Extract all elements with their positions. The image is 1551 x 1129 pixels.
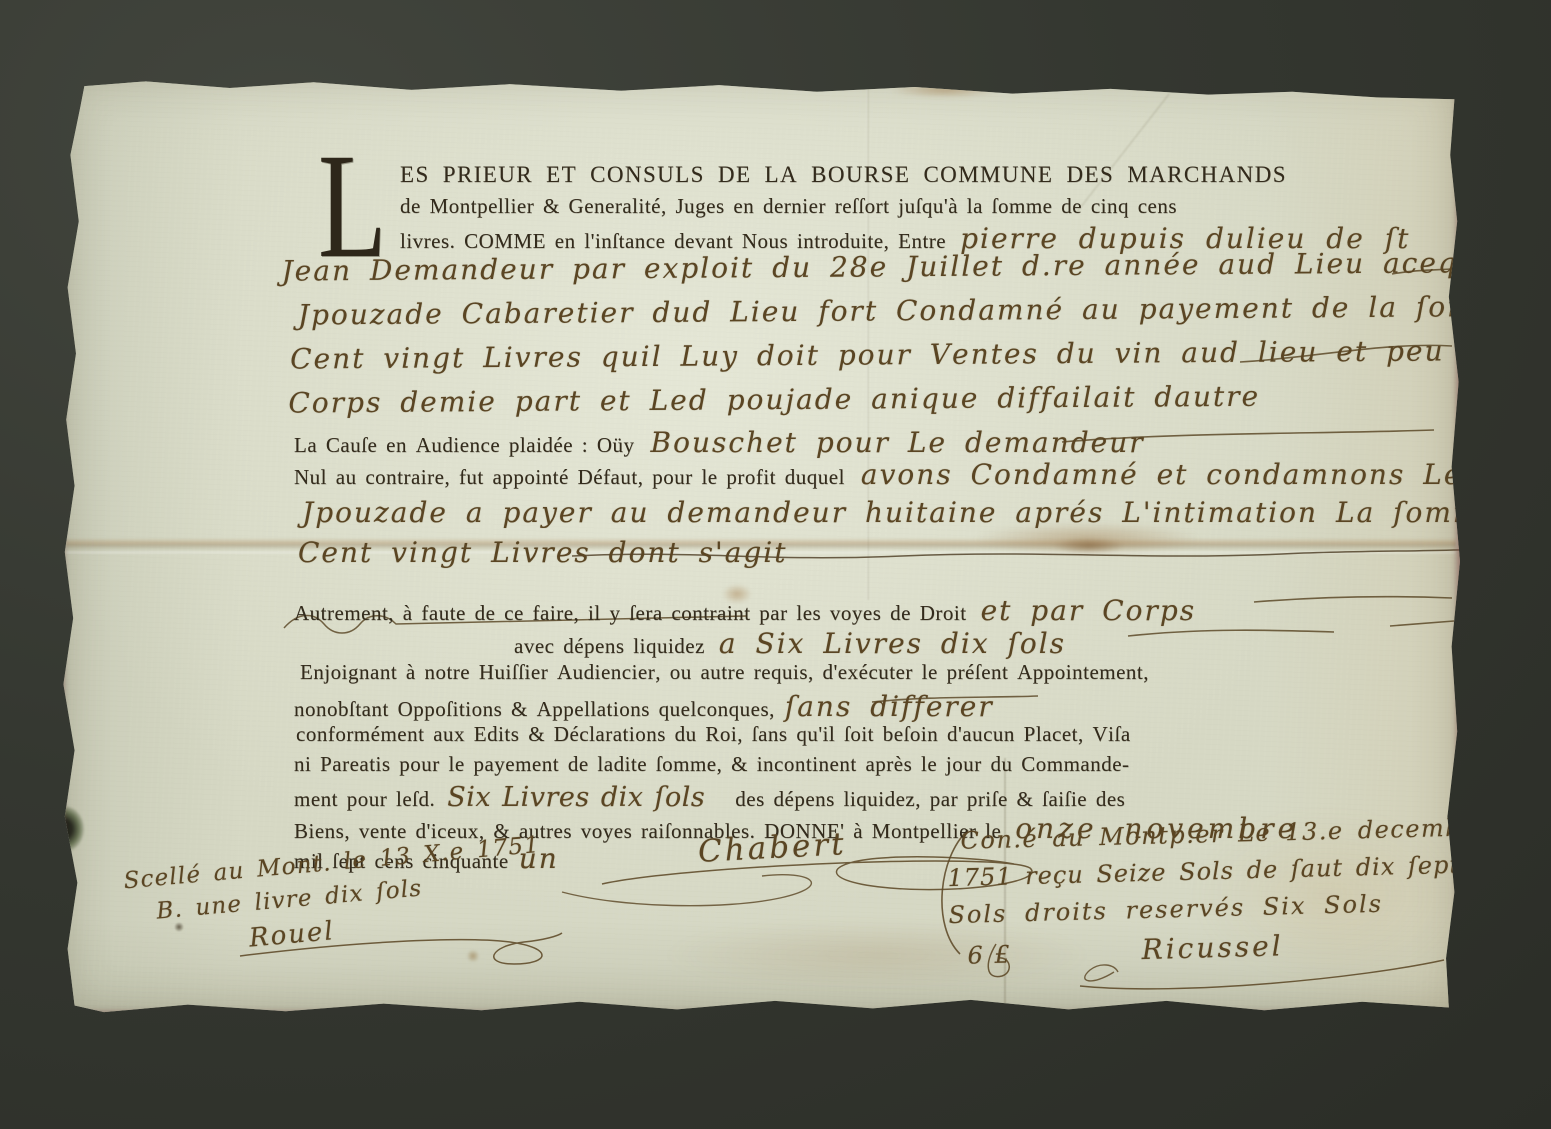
printed-segment: ment pour leſd.	[294, 787, 435, 812]
manuscript-segment-sansdifferer: ſans differer	[785, 690, 994, 723]
manuscript-block-parties: Jean Demandeur par exploit du 28e Juille…	[281, 245, 1551, 430]
control-note-right: Con.é au Montp.er Le 13.e decembre 1751 …	[946, 813, 1494, 971]
stain-top-edge	[890, 82, 1000, 98]
manuscript-segment-parcorps: et par Corps	[981, 594, 1197, 627]
stain-top-right-spot	[1234, 78, 1260, 92]
manuscript-line-5: Jpouzade a payer au demandeur huitaine a…	[302, 496, 1551, 529]
flourish-depens-dash	[1128, 630, 1334, 636]
manuscript-segment-bouschet: Bouschet pour Le demandeur	[651, 426, 1145, 459]
manuscript-segment-sixlivres: a Six Livres dix ſols	[719, 627, 1066, 660]
signature-ricussel: Ricussel	[1141, 929, 1284, 966]
printed-segment: avec dépens liquidez	[514, 634, 705, 659]
printed-segment: La Cauſe en Audience plaidée : Oüy	[294, 433, 635, 458]
stain-crease-core	[1054, 538, 1124, 554]
flourish-chabert-paraph-2	[562, 875, 811, 906]
photo-background: L ES PRIEUR ET CONSULS DE LA BOURSE COMM…	[0, 0, 1551, 1129]
flourish-depens-dash-right	[1390, 621, 1454, 626]
speck-bottom-center	[466, 950, 480, 962]
printed-title-line: ES PRIEUR ET CONSULS DE LA BOURSE COMMUN…	[400, 162, 1287, 188]
manuscript-line-6: Cent vingt Livres dont s'agit	[298, 536, 788, 569]
manuscript-line-4: Corps demie part et Led poujade anique d…	[282, 377, 1551, 430]
printed-segment: des dépens liquidez, par priſe & ſaiſie …	[735, 787, 1125, 812]
printed-segment: Autrement, à faute de ce faire, il y ſer…	[294, 601, 967, 626]
manuscript-segment-condamne: avons Condamné et condamnons Led-	[861, 458, 1494, 491]
printed-line-generalite: de Montpellier & Generalité, Juges en de…	[400, 194, 1177, 219]
drop-cap: L	[318, 154, 387, 259]
document-paper: L ES PRIEUR ET CONSULS DE LA BOURSE COMM…	[62, 70, 1460, 1015]
printed-line-ment: ment pour leſd. Six Livres dix ſols des …	[294, 782, 1125, 813]
manuscript-segment-sixlivres2: Six Livres dix ſols	[447, 782, 705, 813]
printed-segment: nonobſtant Oppoſitions & Appellations qu…	[294, 697, 775, 722]
control-fee: 6 £	[949, 940, 1012, 970]
printed-segment: Biens, vente d'iceux, & autres voyes rai…	[294, 819, 1001, 844]
tear-hole-left-edge	[44, 806, 84, 852]
printed-line-nonobstant: nonobſtant Oppoſitions & Appellations qu…	[294, 690, 994, 723]
printed-line-conformement: conformément aux Edits & Déclarations du…	[296, 722, 1131, 747]
printed-line-depens: avec dépens liquidez a Six Livres dix ſo…	[514, 627, 1066, 660]
printed-line-nul: Nul au contraire, fut appointé Défaut, p…	[294, 458, 1494, 491]
printed-line-pareatis: ni Pareatis pour le payement de ladite ſ…	[294, 752, 1130, 777]
registrar-note-left: Scellé au Mont. le 13 X.e 1751 B. une li…	[123, 832, 548, 964]
printed-line-cause: La Cauſe en Audience plaidée : Oüy Bousc…	[294, 426, 1145, 459]
printed-segment: Nul au contraire, fut appointé Défaut, p…	[294, 465, 845, 490]
flourish-autrement-dash	[1254, 597, 1452, 602]
printed-line-autrement: Autrement, à faute de ce faire, il y ſer…	[294, 594, 1196, 627]
printed-line-enjoignant: Enjoignant à notre Huiſſier Audiencier, …	[300, 660, 1149, 685]
signature-chabert: Chabert	[697, 826, 847, 870]
